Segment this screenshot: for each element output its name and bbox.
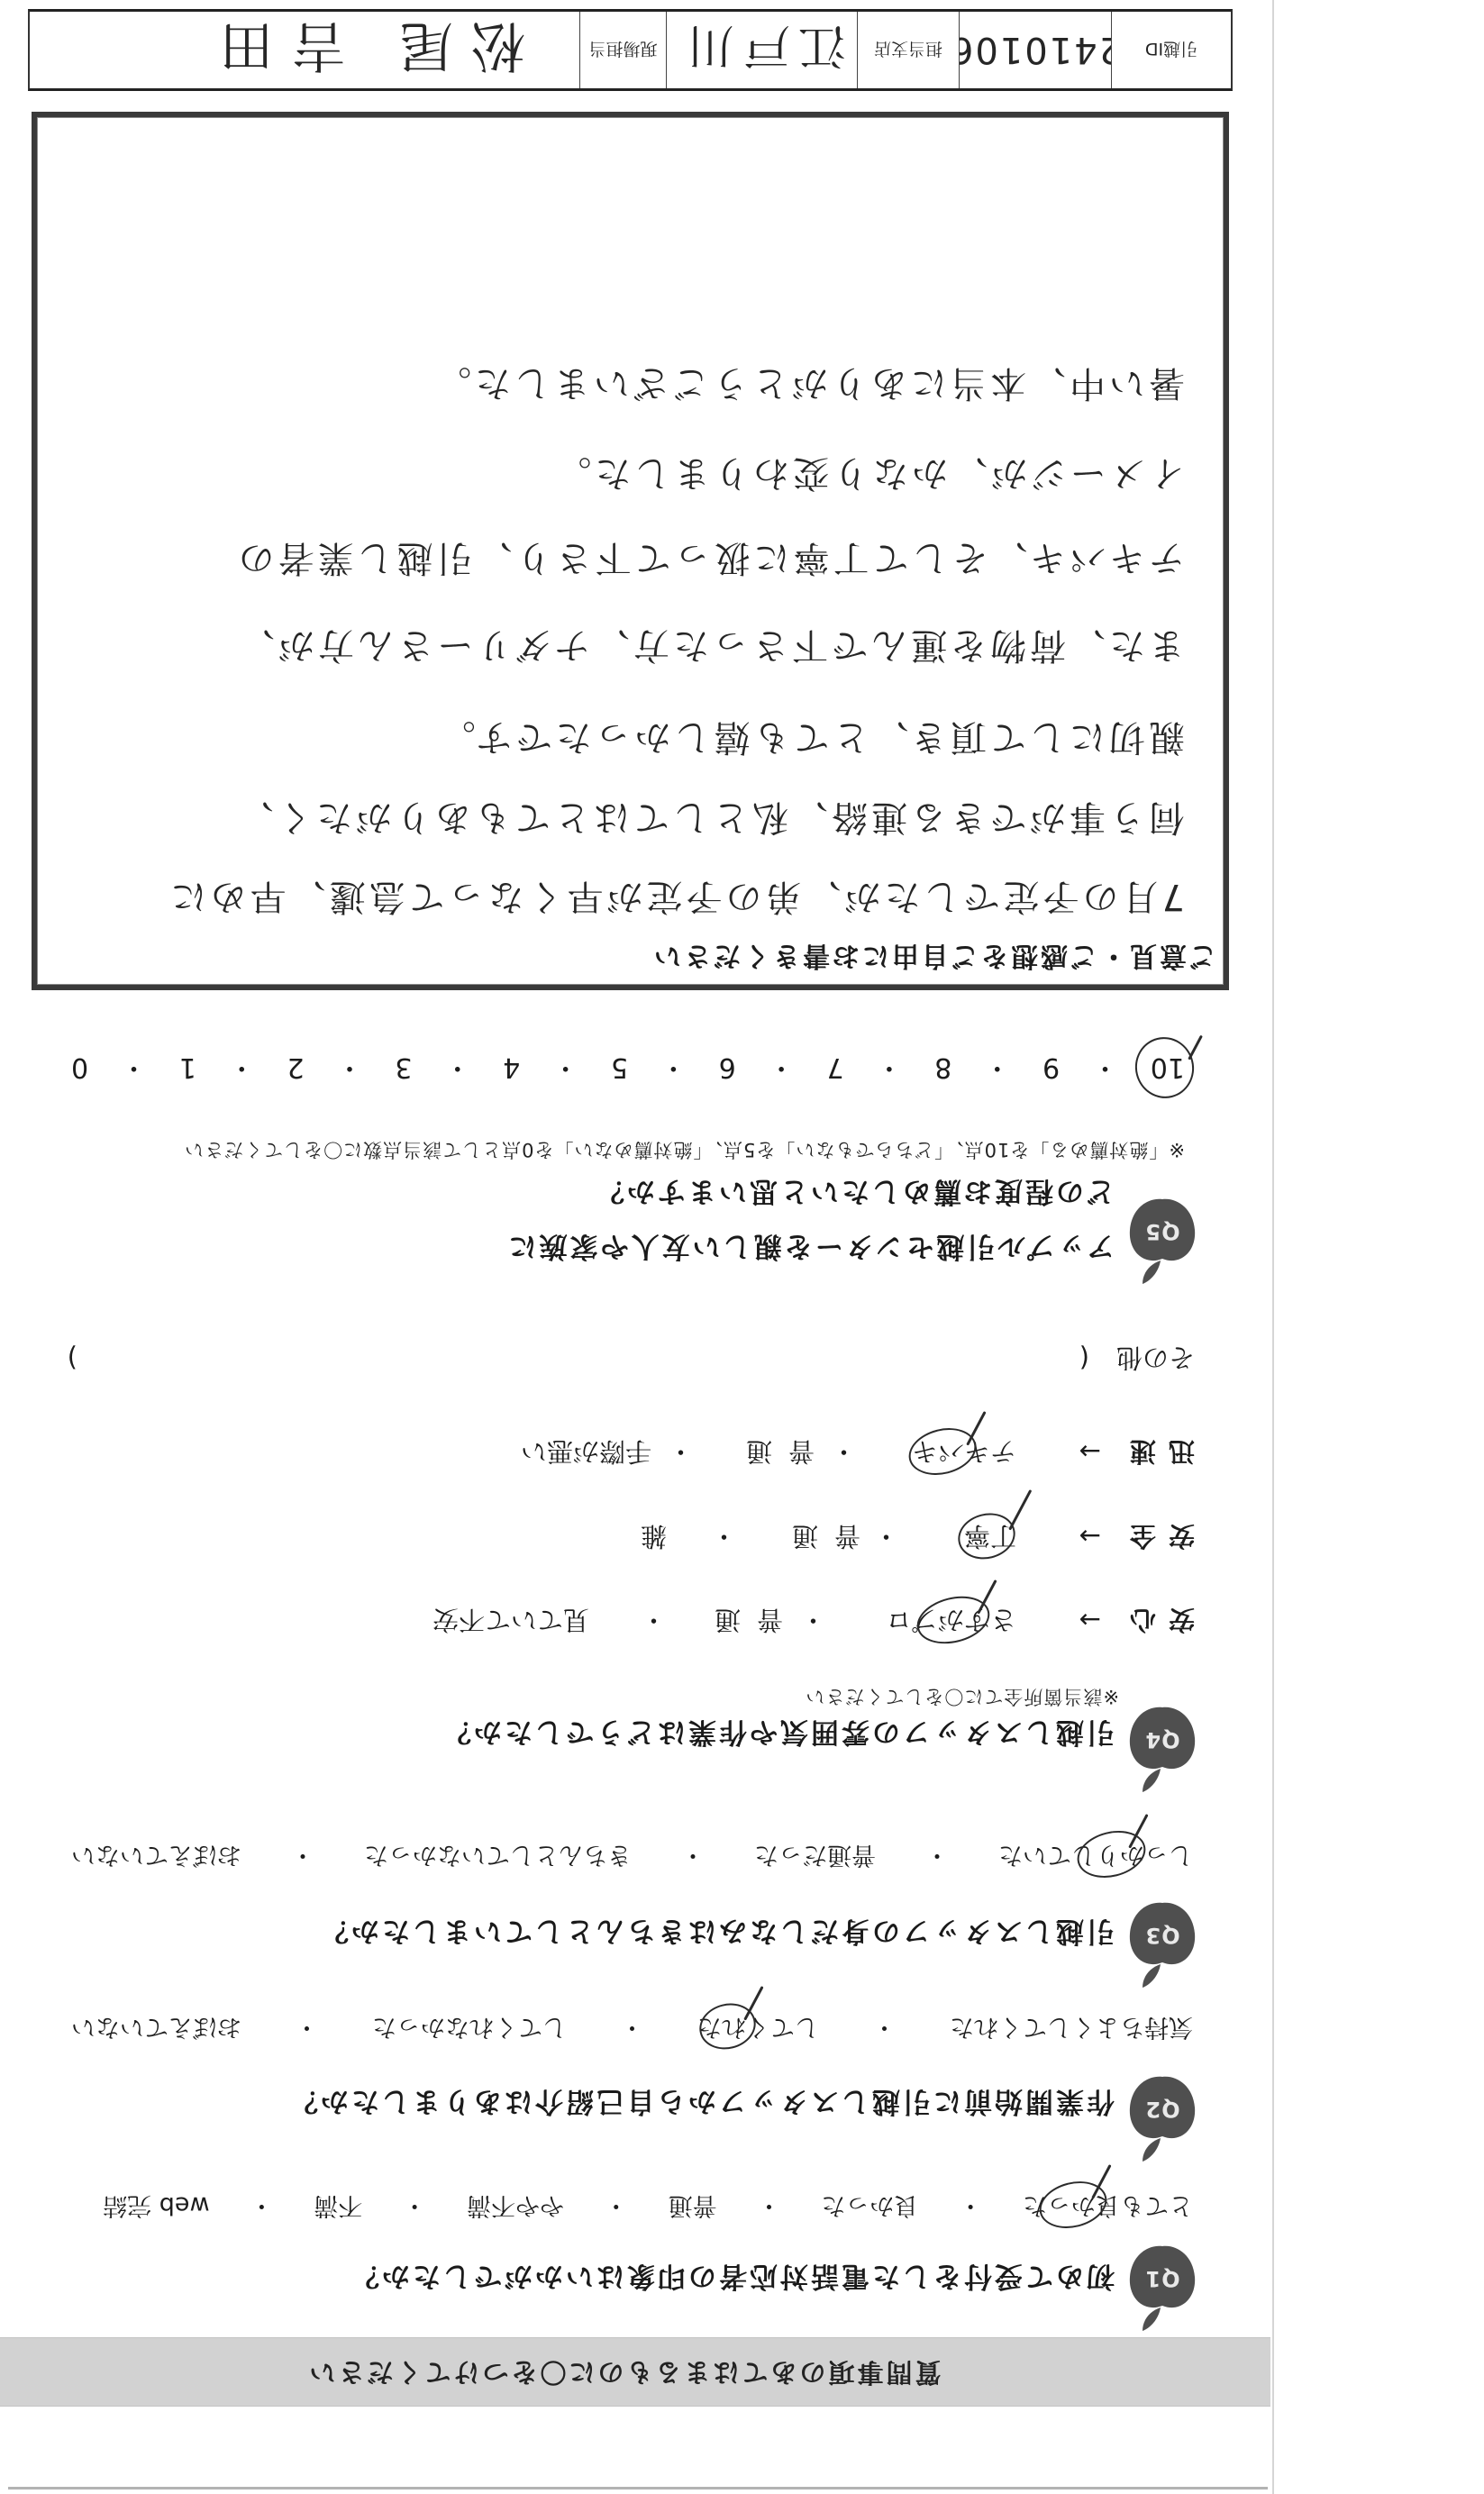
- option-separator: ・: [984, 1050, 1011, 1084]
- q3-options: しっかりしていた ・ 普通だった ・ きちんとしていなかった ・ おぼえていない: [71, 1838, 1193, 1870]
- move-id-value: 2410106: [959, 30, 1111, 71]
- option-separator: ・: [444, 1050, 471, 1084]
- score-option: 3: [395, 1050, 412, 1084]
- site-staff-label: 現場担当: [589, 38, 658, 62]
- staff-info-strip: 引越ID 2410106 担当支店 江戸川 現場担当 松尾 吉田: [28, 9, 1233, 91]
- instructions-banner: 質問事項のあてはまるものに〇をつけてください: [0, 2337, 1270, 2407]
- other-close-paren: ): [68, 1342, 77, 1374]
- q1-options: とても良かった ・ 良かった ・ 普通 ・ やや不満 ・ 不満 ・ web 完結: [103, 2189, 1193, 2221]
- q1-apple-badge-icon: Q1: [1126, 2243, 1198, 2333]
- option-separator: ・: [668, 1435, 694, 1468]
- option-separator: ・: [250, 2189, 274, 2221]
- option-separator: ・: [872, 2010, 897, 2043]
- option-separator: ・: [768, 1050, 795, 1084]
- branch-value-cell: 江戸川: [666, 12, 857, 88]
- q4-row-anshin: 安心 → さすがプロ ・ 普通 ・ 見ていて不安: [23, 1604, 1195, 1636]
- score-option: 4: [503, 1050, 520, 1084]
- option-separator: ・: [681, 1838, 706, 1870]
- option-separator: ・: [295, 2010, 319, 2043]
- q2-badge-label: Q2: [1126, 2097, 1198, 2122]
- q2-question: 作業開始前に引越しスタッフから自己紹介はありましたか？: [287, 2083, 1115, 2119]
- branch-label-cell: 担当支店: [857, 12, 959, 88]
- option-separator: ・: [800, 1604, 826, 1636]
- score-option: 1: [179, 1050, 196, 1084]
- option-separator: ・: [1091, 1050, 1118, 1084]
- q2-option: してくれなかった: [372, 2010, 567, 2043]
- option-separator: ・: [336, 1050, 363, 1084]
- q4-option: 普通: [730, 1435, 815, 1468]
- q5-apple-badge-icon: Q5: [1126, 1196, 1198, 1286]
- option-separator: ・: [120, 1050, 147, 1084]
- q3-option: 普通だった: [754, 1838, 876, 1870]
- handwritten-comment-line: 暑い中、本当にありがとうございました。: [432, 360, 1185, 405]
- handwritten-comment-line: また、荷物を運んで下さった方、ナダリーさん方が、: [235, 623, 1185, 668]
- comment-label: ご意見・ご感想をご自由にお書きください: [651, 937, 1216, 973]
- option-separator: ・: [641, 1604, 667, 1636]
- scan-edge-line: [1272, 0, 1274, 2494]
- score-option: 0: [71, 1050, 88, 1084]
- q2-apple-badge-icon: Q2: [1126, 2073, 1198, 2163]
- q5-score-scale: 10 ・ 9 ・ 8 ・ 7 ・ 6 ・ 5 ・ 4 ・ 3 ・ 2 ・ 1 ・…: [71, 1050, 1185, 1084]
- q1-option: とても良かった: [1023, 2189, 1193, 2221]
- option-separator: ・: [620, 2010, 644, 2043]
- option-separator: ・: [757, 2189, 781, 2221]
- q1-option: web 完結: [103, 2189, 209, 2221]
- q5-question-line-1: アップル引越センターを親しい友人や家族に: [506, 1228, 1115, 1264]
- score-option: 10: [1151, 1050, 1185, 1084]
- score-option: 2: [287, 1050, 305, 1084]
- option-separator: ・: [876, 1050, 903, 1084]
- q1-question: 初めて受付をした電話対応者の印象はいかがでしたか？: [349, 2258, 1115, 2294]
- arrow-icon: →: [1079, 1435, 1101, 1468]
- q4-option: 見ていて不安: [432, 1604, 589, 1636]
- q1-option: 普通: [669, 2189, 717, 2221]
- q3-option: きちんとしていなかった: [364, 1838, 632, 1870]
- score-option: 5: [611, 1050, 628, 1084]
- q4-row-label: 安全: [1117, 1520, 1195, 1552]
- q1-option: 不満: [314, 2189, 362, 2221]
- q4-option: さすがプロ: [886, 1604, 1016, 1636]
- option-separator: ・: [711, 1520, 737, 1552]
- option-separator: ・: [660, 1050, 687, 1084]
- move-id-label-cell: 引越ID: [1111, 12, 1231, 88]
- q1-option: 良かった: [821, 2189, 918, 2221]
- q3-badge-label: Q3: [1126, 1923, 1198, 1948]
- handwritten-comment-line: 伺う事ができる連絡、私としてはとてもありがたく、: [234, 795, 1185, 840]
- option-separator: ・: [604, 2189, 628, 2221]
- instructions-text: 質問事項のあてはまるものに〇をつけてください: [0, 2338, 1270, 2406]
- q4-badge-label: Q4: [1126, 1727, 1198, 1752]
- q4-option: 丁寧: [964, 1520, 1016, 1552]
- q2-option: おぼえていない: [71, 2010, 241, 2043]
- option-separator: ・: [925, 1838, 950, 1870]
- q4-option: 雑: [641, 1520, 667, 1552]
- q4-row-other: その他 ( ): [23, 1342, 1195, 1374]
- scanned-survey-form: 質問事項のあてはまるものに〇をつけてください Q1 初めて受付をした電話対応者の…: [0, 0, 1484, 2494]
- site-staff-value-cell: 松尾 吉田: [26, 12, 579, 88]
- move-id-label: 引越ID: [1145, 38, 1197, 62]
- branch-label: 担当支店: [874, 38, 942, 62]
- q5-note: ※「絶対薦める」を10点、「どちらでもない」を5点、「絶対薦めない」を0点として…: [184, 1138, 1185, 1161]
- move-id-value-cell: 2410106: [959, 12, 1111, 88]
- q3-option: しっかりしていた: [998, 1838, 1193, 1870]
- scan-edge-line: [8, 2487, 1268, 2489]
- q5-question-line-2: どの程度お薦めしたいと思いますか？: [594, 1173, 1115, 1209]
- score-option: 6: [719, 1050, 736, 1084]
- q4-question: 引越しスタッフの雰囲気や作業はどうでしたか？: [441, 1714, 1115, 1750]
- q4-option: テキパキ: [912, 1435, 1016, 1468]
- q5-badge-label: Q5: [1126, 1219, 1198, 1244]
- site-staff-value: 松尾 吉田: [202, 12, 525, 88]
- q3-apple-badge-icon: Q3: [1126, 1899, 1198, 1989]
- q4-option: 手際が悪い: [521, 1435, 651, 1468]
- q4-apple-badge-icon: Q4: [1126, 1704, 1198, 1794]
- option-separator: ・: [959, 2189, 983, 2221]
- q4-row-label: 迅速: [1117, 1435, 1195, 1468]
- option-separator: ・: [552, 1050, 579, 1084]
- other-label: その他: [1116, 1342, 1195, 1374]
- q4-note: ※該当箇所全てに〇をしてください: [805, 1685, 1119, 1708]
- arrow-icon: →: [1079, 1604, 1101, 1636]
- q3-question: 引越しスタッフの身だしなみはきちんとしていましたか？: [318, 1913, 1115, 1949]
- handwritten-comment-line: 7月の予定でしたが、弟の予定が早くなって急遽、早めに: [168, 874, 1185, 919]
- q2-option: 気持ちよくしてくれた: [950, 2010, 1193, 2043]
- handwritten-comment-line: 親切にして頂き、とても嬉しかったです。: [436, 715, 1185, 760]
- option-separator: ・: [228, 1050, 255, 1084]
- q2-option: してくれた: [697, 2010, 819, 2043]
- arrow-icon: →: [1079, 1520, 1101, 1552]
- q4-row-jinsoku: 迅速 → テキパキ ・ 普通 ・ 手際が悪い: [23, 1435, 1195, 1468]
- option-separator: ・: [291, 1838, 315, 1870]
- handwritten-comment-line: イメージが、かなり変わりました。: [551, 451, 1185, 496]
- handwritten-comment-line: テキパキ、そして丁寧に扱って下さり、引越し業者の: [235, 535, 1185, 580]
- option-separator: ・: [403, 2189, 427, 2221]
- score-option: 9: [1042, 1050, 1060, 1084]
- branch-value: 江戸川: [678, 16, 846, 84]
- q4-row-anzen: 安全 → 丁寧 ・ 普通 ・ 雑: [23, 1520, 1195, 1552]
- score-option: 8: [934, 1050, 951, 1084]
- q1-badge-label: Q1: [1126, 2266, 1198, 2291]
- site-staff-label-cell: 現場担当: [579, 12, 666, 88]
- option-separator: ・: [831, 1435, 857, 1468]
- q2-options: 気持ちよくしてくれた ・ してくれた ・ してくれなかった ・ おぼえていない: [71, 2010, 1193, 2043]
- q1-option: やや不満: [467, 2189, 564, 2221]
- q4-row-label: 安心: [1117, 1604, 1195, 1636]
- q4-option: 普通: [776, 1520, 860, 1552]
- option-separator: ・: [873, 1520, 899, 1552]
- score-option: 7: [826, 1050, 843, 1084]
- q3-option: おぼえていない: [71, 1838, 241, 1870]
- q4-option: 普通: [698, 1604, 783, 1636]
- other-open-paren: (: [1079, 1342, 1089, 1374]
